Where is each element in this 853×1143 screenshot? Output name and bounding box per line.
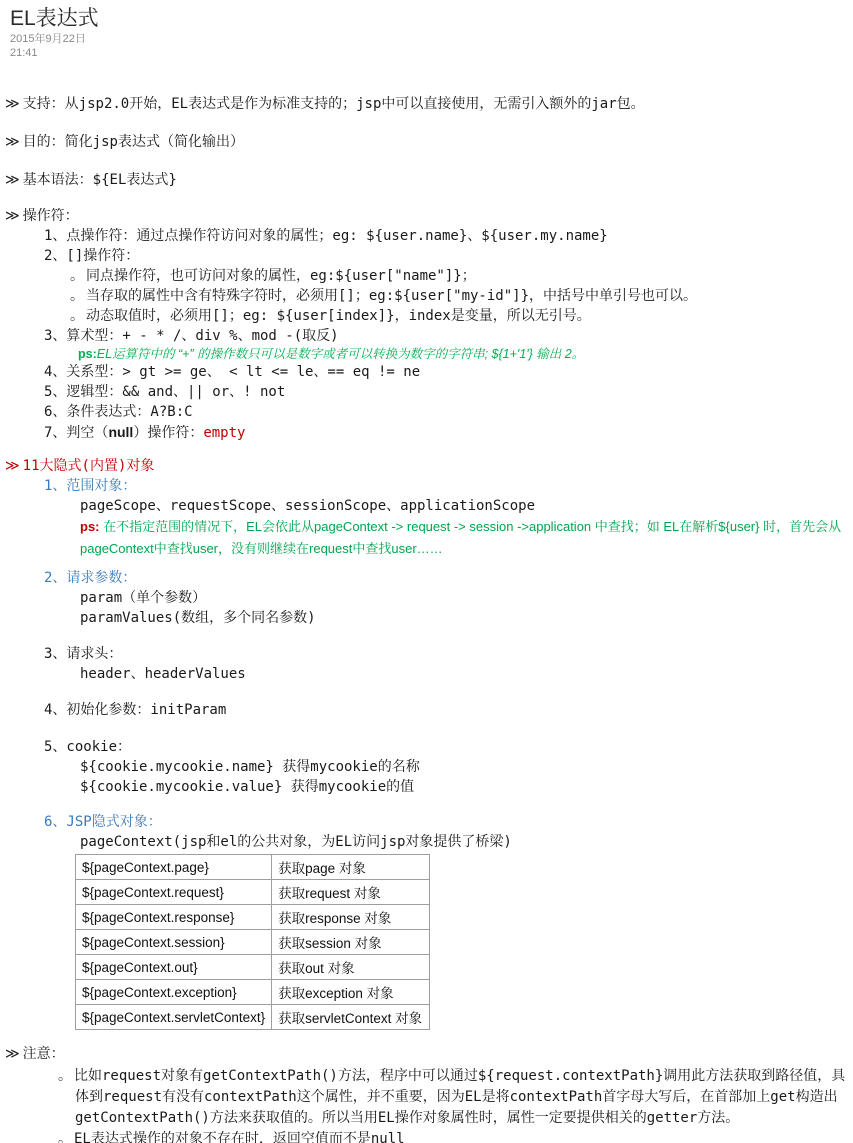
sub-text: 动态取值时，必须用[]；eg: ${user[index]}，index是变量，… (86, 308, 591, 324)
page-title: EL表达式 (10, 6, 853, 32)
table-row: ${pageContext.request}获取request 对象 (76, 880, 430, 905)
implicit-heading-text: 11大隐式(内置)对象 (23, 458, 155, 474)
implicit-item-1-scope: 1、范围对象： (44, 476, 853, 496)
section-marker-icon: ≫ (5, 172, 20, 188)
notes-heading-text: 注意： (23, 1046, 65, 1062)
operators-item-2-sub-1: 。同点操作符，也可访问对象的属性，eg:${user["name"]}； (70, 266, 853, 286)
table-cell-desc: 获取exception 对象 (272, 980, 430, 1005)
purpose-line: ≫目的：简化jsp表达式（简化输出） (5, 132, 853, 152)
implicit-item-2-request-params: 2、请求参数： (44, 568, 853, 588)
circle-bullet-icon: 。 (58, 1068, 72, 1084)
syntax-line: ≫基本语法：${EL表达式} (5, 170, 853, 190)
implicit-objects-heading: ≫11大隐式(内置)对象 (5, 456, 853, 476)
circle-bullet-icon: 。 (58, 1131, 72, 1143)
ps-text: 在不指定范围的情况下，EL会依此从pageContext -> request … (80, 519, 841, 556)
section-marker-icon: ≫ (5, 208, 20, 224)
page-time: 21:41 (10, 46, 853, 60)
circle-bullet-icon: 。 (70, 288, 84, 304)
circle-bullet-icon: 。 (70, 308, 84, 324)
sub-text: 同点操作符，也可访问对象的属性，eg:${user["name"]}； (86, 268, 476, 284)
table-row: ${pageContext.exception}获取exception 对象 (76, 980, 430, 1005)
pagecontext-line: pageContext(jsp和el的公共对象，为EL访问jsp对象提供了桥梁) (80, 832, 853, 852)
table-cell-desc: 获取servletContext 对象 (272, 1005, 430, 1030)
null-keyword: null (108, 424, 133, 440)
operators-item-1: 1、点操作符：通过点操作符访问对象的属性；eg: ${user.name}、${… (44, 226, 853, 246)
section-marker-icon: ≫ (5, 1046, 20, 1062)
table-row: ${pageContext.out}获取out 对象 (76, 955, 430, 980)
table-cell-desc: 获取response 对象 (272, 905, 430, 930)
ps-label: ps: (78, 347, 97, 361)
scope-ps-note: ps: 在不指定范围的情况下，EL会依此从pageContext -> requ… (80, 516, 852, 560)
page-date: 2015年9月22日 (10, 32, 853, 46)
operators-heading: ≫操作符： (5, 206, 853, 226)
item7-label-2: ）操作符： (133, 425, 203, 441)
note-item-1: 。比如request对象有getContextPath()方法，程序中可以通过$… (58, 1066, 850, 1129)
table-cell-expr: ${pageContext.out} (76, 955, 272, 980)
table-cell-expr: ${pageContext.response} (76, 905, 272, 930)
ps-text: EL运算符中的 “+” 的操作数只可以是数字或者可以转换为数字的字符串; ${1… (97, 347, 584, 361)
section-marker-icon: ≫ (5, 96, 20, 112)
cookie-name-line: ${cookie.mycookie.name} 获得mycookie的名称 (80, 757, 853, 777)
empty-keyword: empty (203, 425, 245, 441)
operators-heading-text: 操作符： (23, 208, 79, 224)
operators-item-5: 5、逻辑型：&& and、|| or、! not (44, 382, 853, 402)
table-row: ${pageContext.page}获取page 对象 (76, 855, 430, 880)
syntax-text: 基本语法：${EL表达式} (23, 172, 177, 188)
table-cell-expr: ${pageContext.exception} (76, 980, 272, 1005)
note-text: 比如request对象有getContextPath()方法，程序中可以通过${… (74, 1068, 845, 1126)
table-cell-expr: ${pageContext.page} (76, 855, 272, 880)
note-item-2: 。EL表达式操作的对象不存在时，返回空值而不是null (58, 1129, 850, 1143)
table-cell-expr: ${pageContext.servletContext} (76, 1005, 272, 1030)
table-row: ${pageContext.session}获取session 对象 (76, 930, 430, 955)
note-text: EL表达式操作的对象不存在时，返回空值而不是null (74, 1131, 405, 1143)
operators-item-4: 4、关系型：> gt >= ge、 < lt <= le、== eq != ne (44, 362, 853, 382)
table-cell-desc: 获取request 对象 (272, 880, 430, 905)
scope-objects-line: pageScope、requestScope、sessionScope、appl… (80, 496, 853, 516)
support-line: ≫支持：从jsp2.0开始，EL表达式是作为标准支持的；jsp中可以直接使用，无… (5, 94, 853, 114)
cookie-value-line: ${cookie.mycookie.value} 获得mycookie的值 (80, 777, 853, 797)
notes-heading: ≫注意： (5, 1044, 853, 1064)
table-cell-desc: 获取out 对象 (272, 955, 430, 980)
table-cell-expr: ${pageContext.session} (76, 930, 272, 955)
circle-bullet-icon: 。 (70, 268, 84, 284)
table-cell-expr: ${pageContext.request} (76, 880, 272, 905)
operators-item-3: 3、算术型：+ - * /、div %、mod -(取反) (44, 326, 853, 346)
arith-ps-note: ps:EL运算符中的 “+” 的操作数只可以是数字或者可以转换为数字的字符串; … (78, 346, 853, 362)
pagecontext-table: ${pageContext.page}获取page 对象 ${pageConte… (75, 854, 430, 1030)
support-text: 支持：从jsp2.0开始，EL表达式是作为标准支持的；jsp中可以直接使用，无需… (23, 96, 645, 112)
ps-label: ps: (80, 519, 100, 534)
operators-item-2-sub-3: 。动态取值时，必须用[]；eg: ${user[index]}，index是变量… (70, 306, 853, 326)
sub-text: 当存取的属性中含有特殊字符时，必须用[]；eg:${user["my-id"]}… (86, 288, 697, 304)
operators-item-7: 7、判空（null）操作符：empty (44, 422, 853, 443)
item7-label: 7、判空（ (44, 425, 108, 441)
onenote-page: EL表达式 2015年9月22日 21:41 ≫支持：从jsp2.0开始，EL表… (0, 6, 853, 1143)
header-objects-line: header、headerValues (80, 664, 853, 684)
operators-item-2: 2、[]操作符： (44, 246, 853, 266)
table-cell-desc: 获取page 对象 (272, 855, 430, 880)
param-line: param（单个参数） (80, 588, 853, 608)
section-marker-icon: ≫ (5, 134, 20, 150)
purpose-text: 目的：简化jsp表达式（简化输出） (23, 134, 244, 150)
implicit-item-3-request-headers: 3、请求头： (44, 644, 853, 664)
implicit-item-6-jsp-objects: 6、JSP隐式对象： (44, 812, 853, 832)
table-cell-desc: 获取session 对象 (272, 930, 430, 955)
implicit-item-4-init-param: 4、初始化参数：initParam (44, 700, 853, 720)
implicit-item-5-cookie: 5、cookie： (44, 737, 853, 757)
operators-item-2-sub-2: 。当存取的属性中含有特殊字符时，必须用[]；eg:${user["my-id"]… (70, 286, 853, 306)
section-marker-icon: ≫ (5, 458, 20, 474)
operators-item-6: 6、条件表达式：A?B:C (44, 402, 853, 422)
param-values-line: paramValues(数组，多个同名参数) (80, 608, 853, 628)
table-row: ${pageContext.response}获取response 对象 (76, 905, 430, 930)
table-row: ${pageContext.servletContext}获取servletCo… (76, 1005, 430, 1030)
